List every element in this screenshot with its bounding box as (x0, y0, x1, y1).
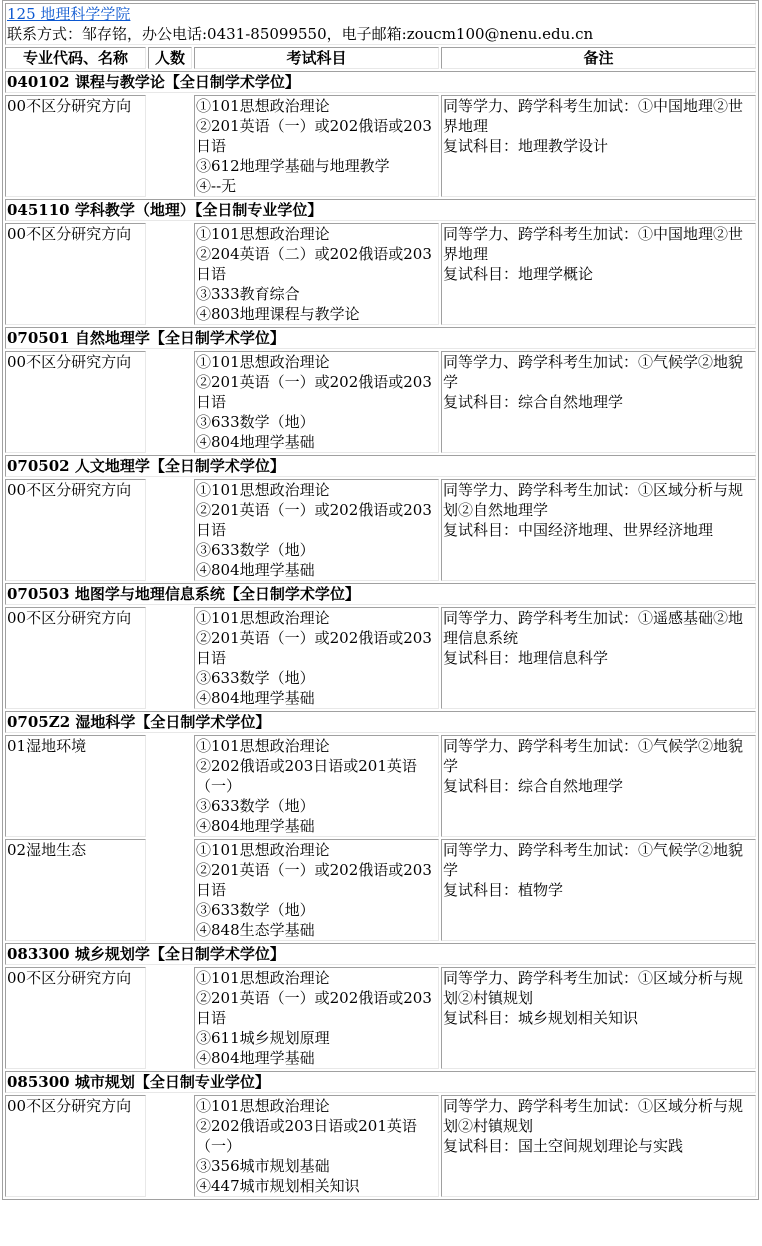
exam-subject-item: ④804地理学基础 (196, 1048, 437, 1068)
remarks: 同等学力、跨学科考生加试：①气候学②地貌学复试科目：综合自然地理学 (441, 735, 756, 837)
exam-subject-item: ③611城乡规划原理 (196, 1028, 437, 1048)
exam-subject-item: ③633数学（地） (196, 540, 437, 560)
exam-subject-item: ④803地理课程与教学论 (196, 304, 437, 324)
enrollment-count (148, 967, 192, 1069)
major-title: 0705Z2 湿地科学【全日制学术学位】 (5, 711, 756, 733)
exam-subjects: ①101思想政治理论②202俄语或203日语或201英语（一）③356城市规划基… (194, 1095, 439, 1197)
enrollment-count (148, 223, 192, 325)
exam-subject-item: ②201英语（一）或202俄语或203日语 (196, 628, 437, 668)
exam-subject-item: ③612地理学基础与地理教学 (196, 156, 437, 176)
major-title: 070502 人文地理学【全日制学术学位】 (5, 455, 756, 477)
major-header-row: 040102 课程与教学论【全日制学术学位】 (5, 71, 756, 93)
major-title: 045110 学科教学（地理）【全日制专业学位】 (5, 199, 756, 221)
major-title: 070503 地图学与地理信息系统【全日制学术学位】 (5, 583, 756, 605)
exam-subject-item: ①101思想政治理论 (196, 352, 437, 372)
extra-exam-note: 同等学力、跨学科考生加试：①中国地理②世界地理 (443, 96, 754, 136)
extra-exam-note: 同等学力、跨学科考生加试：①区域分析与规划②村镇规划 (443, 968, 754, 1008)
extra-exam-note: 同等学力、跨学科考生加试：①气候学②地貌学 (443, 352, 754, 392)
extra-exam-note: 同等学力、跨学科考生加试：①中国地理②世界地理 (443, 224, 754, 264)
exam-subject-item: ②202俄语或203日语或201英语（一） (196, 756, 437, 796)
retest-subject-note: 复试科目：中国经济地理、世界经济地理 (443, 520, 754, 540)
retest-subject-note: 复试科目：地理学概论 (443, 264, 754, 284)
exam-subject-item: ①101思想政治理论 (196, 96, 437, 116)
exam-subjects: ①101思想政治理论②201英语（一）或202俄语或203日语③633数学（地）… (194, 839, 439, 941)
exam-subject-item: ④804地理学基础 (196, 560, 437, 580)
major-title: 083300 城乡规划学【全日制学术学位】 (5, 943, 756, 965)
retest-subject-note: 复试科目：植物学 (443, 880, 754, 900)
major-title: 085300 城市规划【全日制专业学位】 (5, 1071, 756, 1093)
enrollment-count (148, 735, 192, 837)
remarks: 同等学力、跨学科考生加试：①区域分析与规划②村镇规划复试科目：国土空间规划理论与… (441, 1095, 756, 1197)
direction-row: 02湿地生态①101思想政治理论②201英语（一）或202俄语或203日语③63… (5, 839, 756, 941)
exam-subject-item: ③356城市规划基础 (196, 1156, 437, 1176)
remarks: 同等学力、跨学科考生加试：①区域分析与规划②村镇规划复试科目：城乡规划相关知识 (441, 967, 756, 1069)
exam-subject-item: ②201英语（一）或202俄语或203日语 (196, 116, 437, 156)
direction-name: 00不区分研究方向 (5, 967, 146, 1069)
exam-subject-item: ③633数学（地） (196, 796, 437, 816)
exam-subject-item: ②201英语（一）或202俄语或203日语 (196, 860, 437, 900)
direction-row: 00不区分研究方向①101思想政治理论②201英语（一）或202俄语或203日语… (5, 479, 756, 581)
extra-exam-note: 同等学力、跨学科考生加试：①区域分析与规划②自然地理学 (443, 480, 754, 520)
exam-subject-item: ④--无 (196, 176, 437, 196)
major-header-row: 083300 城乡规划学【全日制学术学位】 (5, 943, 756, 965)
major-header-row: 070503 地图学与地理信息系统【全日制学术学位】 (5, 583, 756, 605)
remarks: 同等学力、跨学科考生加试：①气候学②地貌学复试科目：植物学 (441, 839, 756, 941)
exam-subject-item: ③633数学（地） (196, 900, 437, 920)
exam-subjects: ①101思想政治理论②201英语（一）或202俄语或203日语③633数学（地）… (194, 479, 439, 581)
exam-subject-item: ④804地理学基础 (196, 688, 437, 708)
major-header-row: 070502 人文地理学【全日制学术学位】 (5, 455, 756, 477)
major-header-row: 045110 学科教学（地理）【全日制专业学位】 (5, 199, 756, 221)
enrollment-count (148, 351, 192, 453)
extra-exam-note: 同等学力、跨学科考生加试：①遥感基础②地理信息系统 (443, 608, 754, 648)
column-header-major: 专业代码、名称 (5, 47, 146, 69)
exam-subject-item: ①101思想政治理论 (196, 608, 437, 628)
retest-subject-note: 复试科目：综合自然地理学 (443, 776, 754, 796)
direction-row: 00不区分研究方向①101思想政治理论②201英语（一）或202俄语或203日语… (5, 967, 756, 1069)
extra-exam-note: 同等学力、跨学科考生加试：①区域分析与规划②村镇规划 (443, 1096, 754, 1136)
exam-subject-item: ①101思想政治理论 (196, 736, 437, 756)
direction-row: 00不区分研究方向①101思想政治理论②201英语（一）或202俄语或203日语… (5, 351, 756, 453)
exam-subjects: ①101思想政治理论②201英语（一）或202俄语或203日语③611城乡规划原… (194, 967, 439, 1069)
retest-subject-note: 复试科目：地理信息科学 (443, 648, 754, 668)
exam-subject-item: ④804地理学基础 (196, 816, 437, 836)
direction-name: 00不区分研究方向 (5, 95, 146, 197)
enrollment-count (148, 1095, 192, 1197)
exam-subject-item: ②202俄语或203日语或201英语（一） (196, 1116, 437, 1156)
retest-subject-note: 复试科目：综合自然地理学 (443, 392, 754, 412)
column-header-count: 人数 (148, 47, 192, 69)
exam-subjects: ①101思想政治理论②201英语（一）或202俄语或203日语③612地理学基础… (194, 95, 439, 197)
direction-row: 01湿地环境①101思想政治理论②202俄语或203日语或201英语（一）③63… (5, 735, 756, 837)
remarks: 同等学力、跨学科考生加试：①中国地理②世界地理复试科目：地理学概论 (441, 223, 756, 325)
exam-subject-item: ②201英语（一）或202俄语或203日语 (196, 372, 437, 412)
exam-subjects: ①101思想政治理论②202俄语或203日语或201英语（一）③633数学（地）… (194, 735, 439, 837)
exam-subject-item: ①101思想政治理论 (196, 840, 437, 860)
direction-name: 00不区分研究方向 (5, 607, 146, 709)
exam-subject-item: ②201英语（一）或202俄语或203日语 (196, 500, 437, 540)
direction-name: 01湿地环境 (5, 735, 146, 837)
column-header-notes: 备注 (441, 47, 756, 69)
exam-subjects: ①101思想政治理论②201英语（一）或202俄语或203日语③633数学（地）… (194, 351, 439, 453)
college-link[interactable]: 125 地理科学学院 (7, 5, 130, 23)
retest-subject-note: 复试科目：地理教学设计 (443, 136, 754, 156)
exam-subject-item: ③633数学（地） (196, 412, 437, 432)
enrollment-count (148, 479, 192, 581)
enrollment-count (148, 95, 192, 197)
enrollment-count (148, 607, 192, 709)
exam-subject-item: ①101思想政治理论 (196, 224, 437, 244)
exam-subject-item: ④848生态学基础 (196, 920, 437, 940)
exam-subject-item: ①101思想政治理论 (196, 968, 437, 988)
remarks: 同等学力、跨学科考生加试：①中国地理②世界地理复试科目：地理教学设计 (441, 95, 756, 197)
column-header-subjects: 考试科目 (194, 47, 439, 69)
major-title: 070501 自然地理学【全日制学术学位】 (5, 327, 756, 349)
remarks: 同等学力、跨学科考生加试：①遥感基础②地理信息系统复试科目：地理信息科学 (441, 607, 756, 709)
exam-subjects: ①101思想政治理论②201英语（一）或202俄语或203日语③633数学（地）… (194, 607, 439, 709)
direction-name: 00不区分研究方向 (5, 1095, 146, 1197)
direction-row: 00不区分研究方向①101思想政治理论②202俄语或203日语或201英语（一）… (5, 1095, 756, 1197)
extra-exam-note: 同等学力、跨学科考生加试：①气候学②地貌学 (443, 840, 754, 880)
college-info: 125 地理科学学院 联系方式：邹存铭，办公电话:0431-85099550，电… (5, 3, 756, 45)
retest-subject-note: 复试科目：国土空间规划理论与实践 (443, 1136, 754, 1156)
extra-exam-note: 同等学力、跨学科考生加试：①气候学②地貌学 (443, 736, 754, 776)
retest-subject-note: 复试科目：城乡规划相关知识 (443, 1008, 754, 1028)
major-title: 040102 课程与教学论【全日制学术学位】 (5, 71, 756, 93)
column-header-row: 专业代码、名称 人数 考试科目 备注 (5, 47, 756, 69)
contact-info: 联系方式：邹存铭，办公电话:0431-85099550，电子邮箱:zoucm10… (7, 25, 593, 43)
exam-subjects: ①101思想政治理论②204英语（二）或202俄语或203日语③333教育综合④… (194, 223, 439, 325)
direction-name: 00不区分研究方向 (5, 223, 146, 325)
exam-subject-item: ①101思想政治理论 (196, 1096, 437, 1116)
direction-name: 02湿地生态 (5, 839, 146, 941)
direction-row: 00不区分研究方向①101思想政治理论②201英语（一）或202俄语或203日语… (5, 95, 756, 197)
major-header-row: 0705Z2 湿地科学【全日制学术学位】 (5, 711, 756, 733)
major-header-row: 070501 自然地理学【全日制学术学位】 (5, 327, 756, 349)
exam-subject-item: ①101思想政治理论 (196, 480, 437, 500)
exam-subject-item: ②201英语（一）或202俄语或203日语 (196, 988, 437, 1028)
admissions-table: 125 地理科学学院 联系方式：邹存铭，办公电话:0431-85099550，电… (2, 0, 759, 1200)
college-title-row: 125 地理科学学院 联系方式：邹存铭，办公电话:0431-85099550，电… (5, 3, 756, 45)
major-header-row: 085300 城市规划【全日制专业学位】 (5, 1071, 756, 1093)
exam-subject-item: ③633数学（地） (196, 668, 437, 688)
direction-name: 00不区分研究方向 (5, 351, 146, 453)
direction-row: 00不区分研究方向①101思想政治理论②201英语（一）或202俄语或203日语… (5, 607, 756, 709)
exam-subject-item: ②204英语（二）或202俄语或203日语 (196, 244, 437, 284)
remarks: 同等学力、跨学科考生加试：①气候学②地貌学复试科目：综合自然地理学 (441, 351, 756, 453)
direction-name: 00不区分研究方向 (5, 479, 146, 581)
enrollment-count (148, 839, 192, 941)
remarks: 同等学力、跨学科考生加试：①区域分析与规划②自然地理学复试科目：中国经济地理、世… (441, 479, 756, 581)
exam-subject-item: ④804地理学基础 (196, 432, 437, 452)
exam-subject-item: ④447城市规划相关知识 (196, 1176, 437, 1196)
exam-subject-item: ③333教育综合 (196, 284, 437, 304)
direction-row: 00不区分研究方向①101思想政治理论②204英语（二）或202俄语或203日语… (5, 223, 756, 325)
